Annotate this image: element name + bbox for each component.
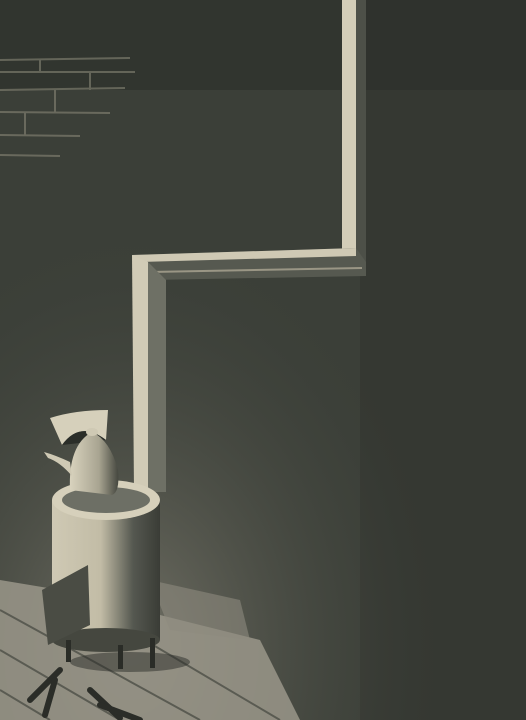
- drawing-canvas: [0, 0, 526, 720]
- illustration: [0, 0, 526, 720]
